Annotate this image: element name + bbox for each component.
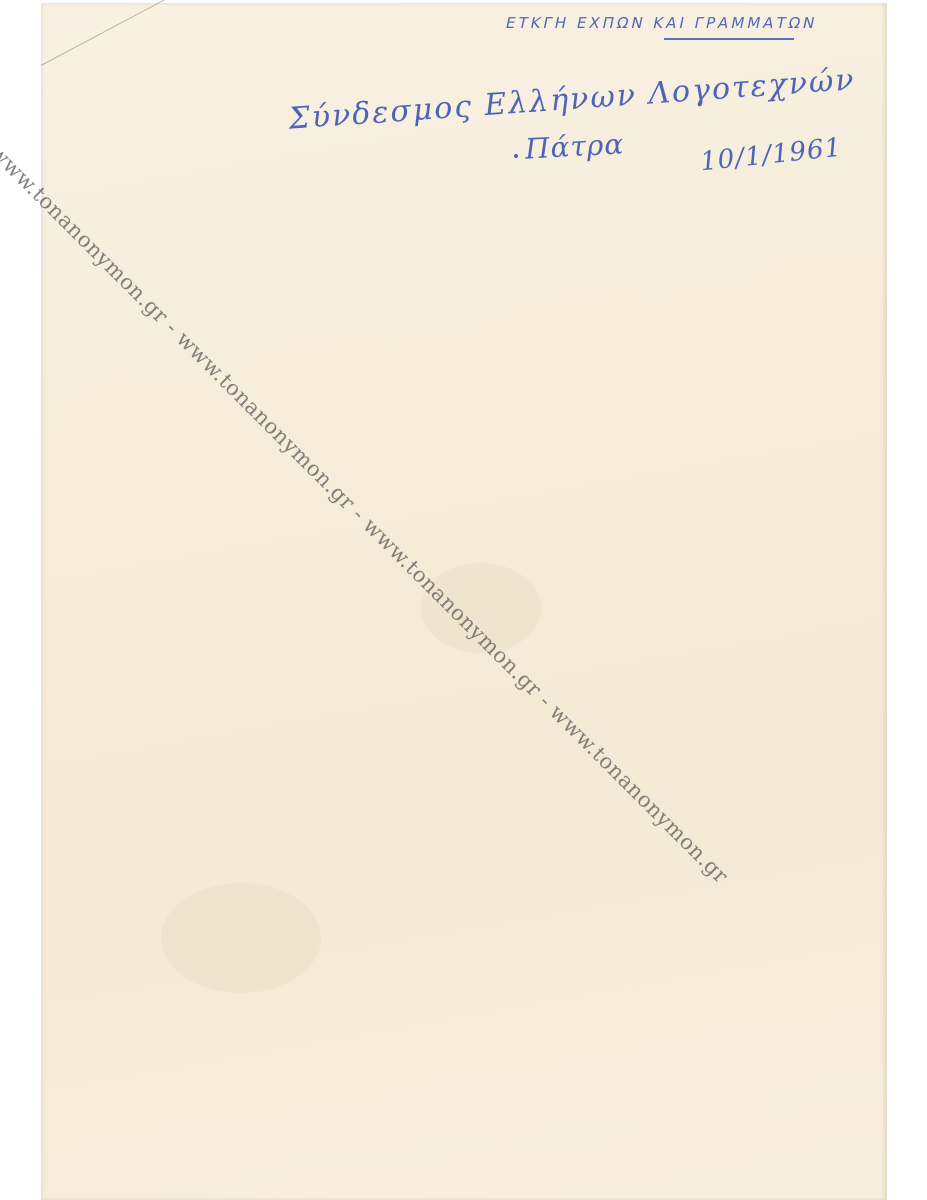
header-underline: [664, 38, 794, 40]
paper-stain: [161, 883, 321, 993]
handwriting-line-2: Πάτρα: [524, 127, 625, 165]
ink-dot: [514, 154, 518, 158]
paper-crease: [41, 0, 169, 66]
header-handwriting: ΕΤΚΓΗ ΕΧΠΩΝ ΚΑΙ ΓΡΑΜΜΑΤΩΝ: [504, 14, 819, 32]
